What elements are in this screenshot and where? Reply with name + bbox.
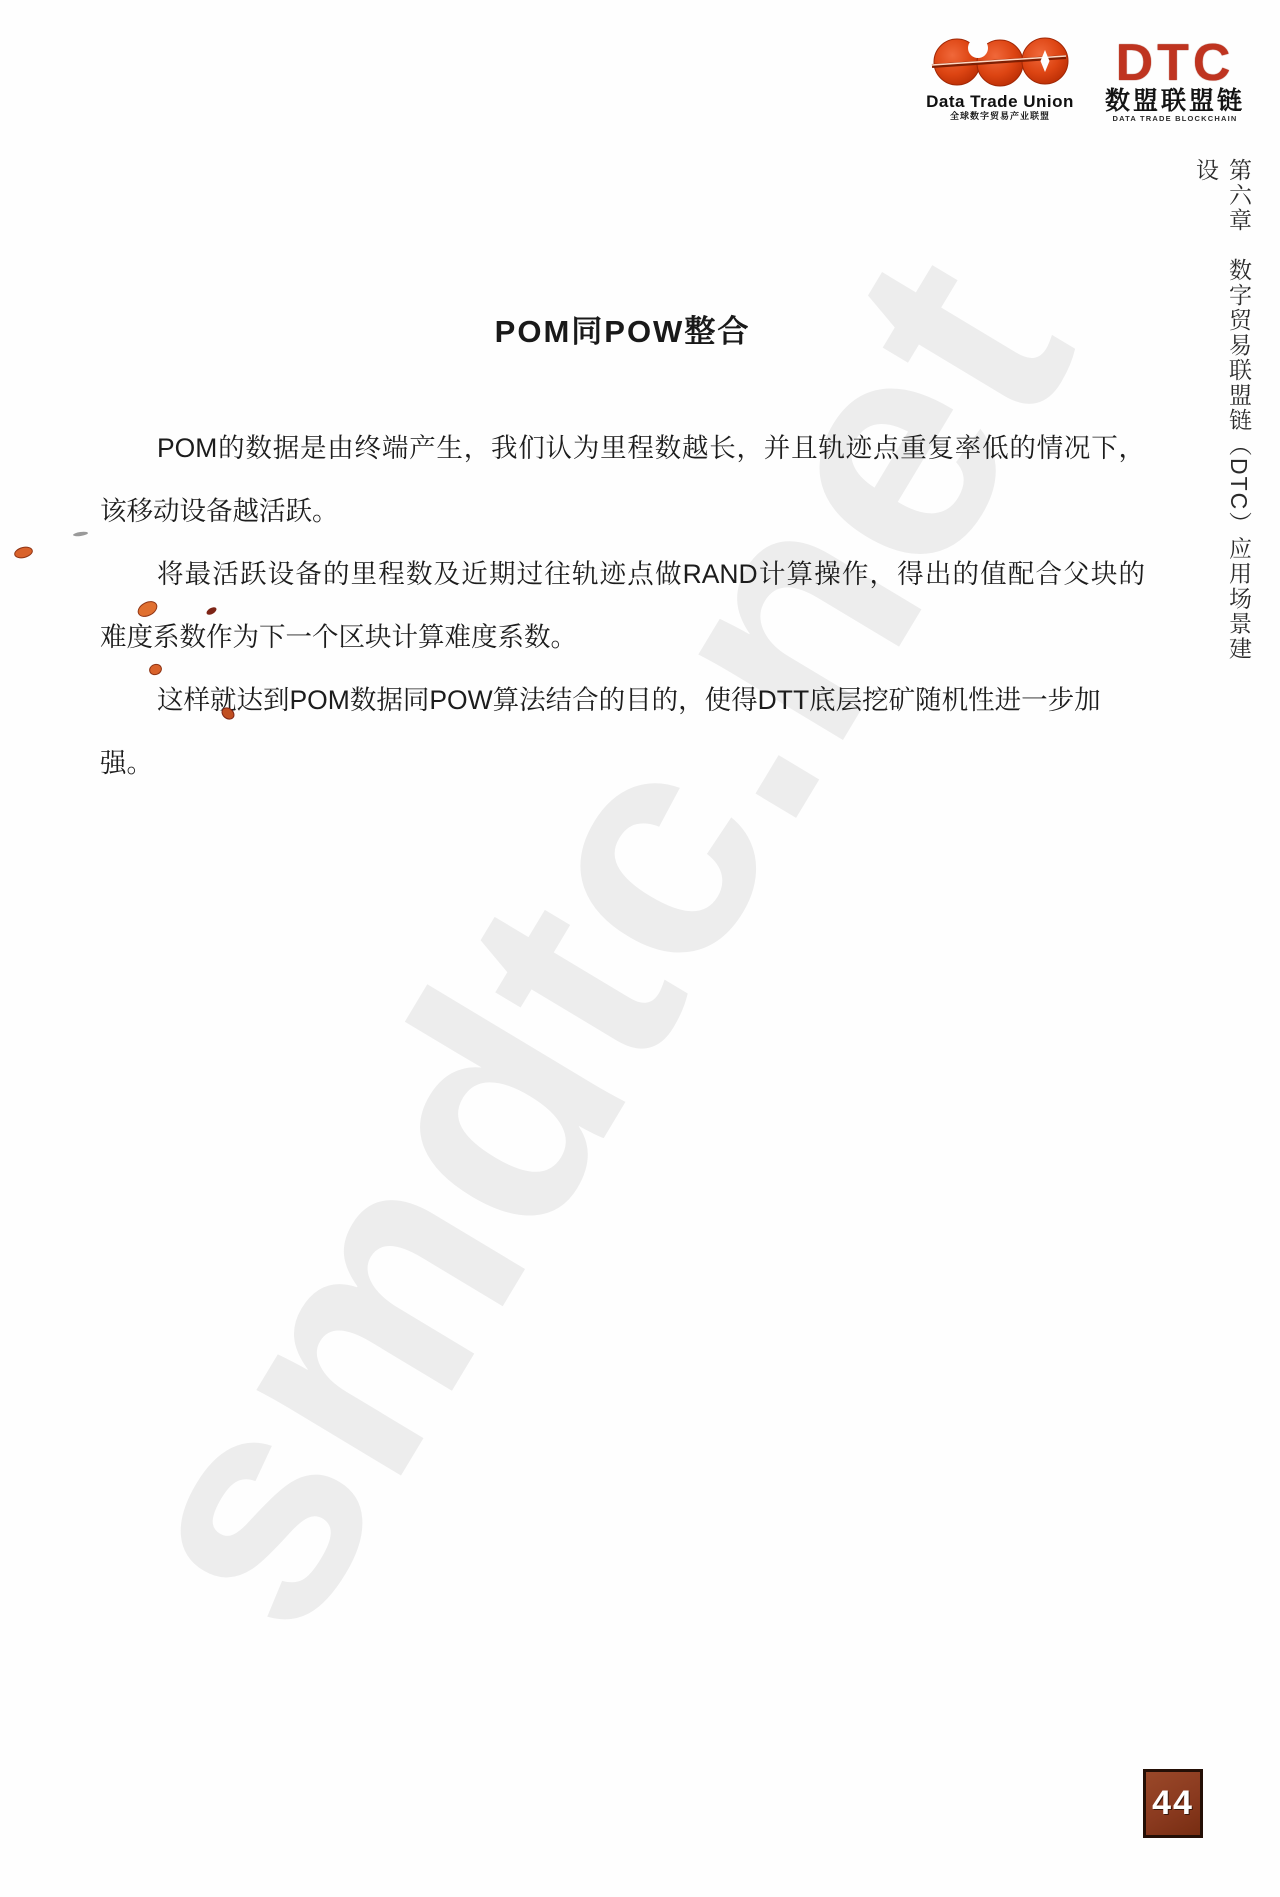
content-layer: Data Trade Union 全球数字贸易产业联盟 DTC 数盟联盟链 DA… [0, 0, 1280, 1897]
dtc-logo-chinese-name: 数盟联盟链 [1100, 89, 1250, 113]
body-line: 将最活跃设备的里程数及近期过往轨迹点做RAND计算操作，得出的值配合父块的 [100, 543, 1145, 606]
scan-mark-orange-speck [13, 545, 34, 560]
body-line: POM的数据是由终端产生，我们认为里程数越长，并且轨迹点重复率低的情况下， [100, 417, 1145, 480]
dtu-logo-subtitle: 全球数字贸易产业联盟 [915, 111, 1085, 121]
body-line: 这样就达到POM数据同POW算法结合的目的，使得DTT底层挖矿随机性进一步加强。 [100, 669, 1145, 732]
scanned-page: smdtc.net Data Trade Un [0, 0, 1280, 1897]
body-line: 难度系数作为下一个区块计算难度系数。 [100, 606, 1145, 669]
page-title: POM同POW整合 [100, 306, 1145, 351]
dtu-circles-icon [930, 26, 1070, 96]
page-number-badge: 44 [1143, 1769, 1203, 1838]
page-number: 44 [1152, 1784, 1194, 1823]
dtc-logo-caption: DATA TRADE BLOCKCHAIN [1100, 114, 1250, 123]
scan-mark-gray-dash [73, 531, 88, 537]
body-line: 该移动设备越活跃。 [100, 480, 1145, 543]
chapter-label: 第六章 数字贸易联盟链（DTC）应用场景建设 [1190, 158, 1256, 678]
dtu-logo: Data Trade Union 全球数字贸易产业联盟 [915, 26, 1085, 121]
body-text: POM的数据是由终端产生，我们认为里程数越长，并且轨迹点重复率低的情况下，该移动… [100, 417, 1145, 732]
dtu-logo-title: Data Trade Union [915, 94, 1085, 109]
dtc-logo: DTC 数盟联盟链 DATA TRADE BLOCKCHAIN [1100, 38, 1250, 123]
dtc-logo-wordmark: DTC [1100, 38, 1250, 88]
